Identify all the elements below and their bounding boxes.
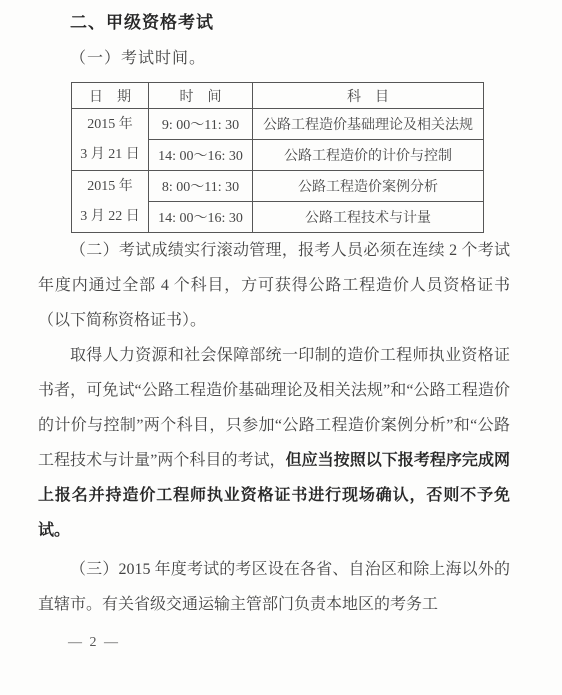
date-day: 3 月 21 日 — [72, 140, 148, 170]
table-row: 2015 年 3 月 21 日 9: 00～11: 30 公路工程造价基础理论及… — [72, 109, 484, 140]
paragraph-text: （二）考试成绩实行滚动管理，报考人员必须在连续 2 个考试年度内通过全部 4 个… — [38, 242, 510, 329]
section-heading: 二、甲级资格考试 — [70, 12, 510, 34]
subsection-heading: （一）考试时间。 — [70, 48, 510, 70]
exam-schedule-table: 日 期 时 间 科 目 2015 年 3 月 21 日 9: 00～11: 30… — [71, 82, 484, 233]
paragraph-exemption-rules: 取得人力资源和社会保障部统一印制的造价工程师执业资格证书者，可免试“公路工程造价… — [38, 338, 510, 548]
table-cell-time: 14: 00～16: 30 — [149, 140, 253, 171]
header-subject: 科 目 — [253, 83, 484, 109]
scanned-document-page: 二、甲级资格考试 （一）考试时间。 日 期 时 间 科 目 2015 年 3 月… — [0, 0, 562, 695]
table-cell-date: 2015 年 3 月 21 日 — [72, 109, 149, 171]
table-header-row: 日 期 时 间 科 目 — [72, 83, 484, 109]
header-time: 时 间 — [149, 83, 253, 109]
table-cell-subject: 公路工程技术与计量 — [253, 202, 484, 233]
date-day: 3 月 22 日 — [72, 202, 148, 232]
table-cell-time: 8: 00～11: 30 — [149, 171, 253, 202]
paragraph-exam-regions: （三）2015 年度考试的考区设在各省、自治区和除上海以外的直辖市。有关省级交通… — [38, 552, 510, 622]
date-year: 2015 年 — [72, 110, 148, 140]
table-cell-date: 2015 年 3 月 22 日 — [72, 171, 149, 233]
paragraph-text: （三）2015 年度考试的考区设在各省、自治区和除上海以外的直辖市。有关省级交通… — [38, 561, 510, 613]
header-date: 日 期 — [72, 83, 149, 109]
table-cell-subject: 公路工程造价的计价与控制 — [253, 140, 484, 171]
table-cell-subject: 公路工程造价基础理论及相关法规 — [253, 109, 484, 140]
page-number: — 2 — — [68, 635, 510, 651]
table-cell-subject: 公路工程造价案例分析 — [253, 171, 484, 202]
paragraph-rolling-management: （二）考试成绩实行滚动管理，报考人员必须在连续 2 个考试年度内通过全部 4 个… — [38, 233, 510, 338]
table-cell-time: 9: 00～11: 30 — [149, 109, 253, 140]
date-year: 2015 年 — [72, 172, 148, 202]
table-cell-time: 14: 00～16: 30 — [149, 202, 253, 233]
paragraph-text: 取得人力资源和社会保障部统一印制的造价工程师执业资格证书者，可免试“公路工程造价… — [38, 347, 510, 469]
table-row: 2015 年 3 月 22 日 8: 00～11: 30 公路工程造价案例分析 — [72, 171, 484, 202]
